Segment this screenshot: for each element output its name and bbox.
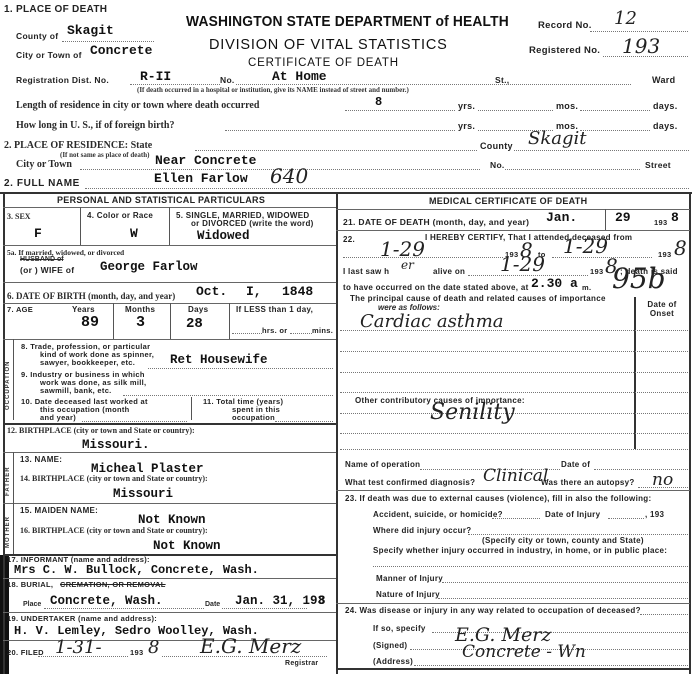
onset-divider <box>634 297 636 449</box>
cause-label-1: The principal cause of death and related… <box>350 294 606 303</box>
death-city-value: Concrete <box>90 43 152 58</box>
manner-line <box>442 582 688 583</box>
attended-to-year-prefix: 193 <box>658 250 671 259</box>
full-name-line <box>85 188 689 189</box>
nature-label: Nature of Injury <box>376 590 440 599</box>
father-name-label: 13. NAME: <box>20 455 62 464</box>
death-county-value: Skagit <box>67 23 114 38</box>
attended-to-year: 8 <box>674 236 687 260</box>
occupation-related-label: 24. Was disease or injury in any way rel… <box>345 606 641 615</box>
certificate-title: CERTIFICATE OF DEATH <box>248 57 399 69</box>
registered-no-value: 193 <box>622 34 660 58</box>
contributory-cause-value: Senility <box>430 400 515 425</box>
death-year-prefix: 193 <box>654 218 667 227</box>
signed-label: (Signed) <box>373 641 407 650</box>
record-no-line <box>590 31 688 32</box>
certify-number: 22. <box>343 235 355 244</box>
birthplace-label: 12. BIRTHPLACE (city or town and State o… <box>7 426 195 435</box>
test-label: What test confirmed diagnosis? <box>345 478 475 487</box>
registrar-label: Registrar <box>285 660 318 667</box>
residence-note: (If not same as place of death) <box>60 151 149 159</box>
trade-label-3: sawyer, bookkeeper, etc. <box>40 358 135 367</box>
hrs-label: hrs. or <box>262 326 287 335</box>
divider <box>229 303 230 339</box>
street-label: Street <box>645 160 671 170</box>
residence-months-line <box>478 110 553 111</box>
residence-days-line <box>580 110 650 111</box>
dob-day: I, <box>246 284 262 299</box>
mother-side-label: MOTHER <box>5 508 11 548</box>
death-time-value: 2.30 a <box>531 276 578 291</box>
residence-county-line <box>514 150 689 151</box>
city-of-label: City or Town of <box>16 50 82 60</box>
residence-county-label: County <box>480 141 513 151</box>
divider <box>170 303 171 339</box>
divider <box>336 209 690 210</box>
full-name-value: Ellen Farlow <box>154 171 248 186</box>
mins-label: mins. <box>312 326 333 335</box>
divider <box>336 490 690 491</box>
divider <box>3 339 336 340</box>
death-date-label: 21. DATE OF DEATH (month, day, and year) <box>343 217 529 227</box>
burial-date-value: Jan. 31, 193 <box>235 594 325 608</box>
divider <box>80 207 81 245</box>
spouse-value: George Farlow <box>100 260 198 274</box>
divider <box>13 339 14 420</box>
address-label: (Address) <box>373 657 413 666</box>
occurred-label: to have occurred on the date stated abov… <box>343 283 529 292</box>
father-birthplace-label: 14. BIRTHPLACE (city or town and State o… <box>20 474 208 483</box>
mother-maiden-label: 15. MAIDEN NAME: <box>20 506 98 515</box>
place-of-death-label: 1. PLACE OF DEATH <box>4 4 107 15</box>
mother-birthplace-label: 16. BIRTHPLACE (city or town and State o… <box>20 526 208 535</box>
cause-line-2 <box>340 351 688 352</box>
reg-dist-value: R-II <box>140 69 171 84</box>
burial-date-line <box>222 608 307 609</box>
department-title: WASHINGTON STATE DEPARTMENT of HEALTH <box>186 13 509 30</box>
occupation-side-label: OCCUPATION <box>5 350 11 410</box>
hospital-note: (If death occurred in a hospital or inst… <box>137 86 409 94</box>
dob-year: 1848 <box>282 284 313 299</box>
sex-value: F <box>34 226 42 241</box>
last-saw-pronoun: er <box>401 258 414 272</box>
personal-section-title: PERSONAL AND STATISTICAL PARTICULARS <box>57 195 265 205</box>
spouse-label-3: (or ) WIFE of <box>20 265 74 275</box>
age-days-value: 28 <box>186 316 203 332</box>
burial-year-value: 8 <box>318 594 326 608</box>
spouse-label-2: HUSBAND of <box>20 256 64 263</box>
days-label-2: days. <box>653 121 678 131</box>
cause-line-4 <box>340 392 688 393</box>
burial-label: 18. BURIAL, <box>7 580 53 589</box>
column-divider <box>336 192 338 674</box>
divider <box>605 209 606 230</box>
residence-city-label: City or Town <box>16 159 72 170</box>
death-year-value: 8 <box>671 210 679 225</box>
burial-date-label: Date <box>205 601 220 608</box>
residence-state-line <box>195 150 477 151</box>
divider <box>13 452 14 504</box>
divider <box>336 230 690 231</box>
top-box-border <box>0 192 692 194</box>
reg-dist-line <box>130 84 220 85</box>
residence-years-line <box>345 110 455 111</box>
residence-no-label: No. <box>490 160 505 170</box>
last-saw-date: 1-29 <box>500 252 545 276</box>
burial-place-label: Place <box>23 601 41 608</box>
residence-length-label: Length of residence in city or town wher… <box>16 100 259 111</box>
divider <box>169 207 170 245</box>
operation-date-line <box>594 469 688 470</box>
age-years-value: 89 <box>81 314 99 331</box>
last-worked-label-3: and year) <box>40 413 76 422</box>
attended-to-value: 1-29 <box>563 234 608 258</box>
trade-value: Ret Housewife <box>170 353 268 367</box>
age-label: 7. AGE <box>7 305 33 314</box>
sex-label: 3. SEX <box>7 212 31 221</box>
birthplace-value: Missouri. <box>82 438 150 452</box>
address-line <box>414 665 688 666</box>
where-label: Where did injury occur? <box>373 526 471 535</box>
age-months-value: 3 <box>136 314 145 331</box>
divider <box>13 503 14 554</box>
left-border <box>3 192 5 674</box>
trade-line <box>148 368 333 369</box>
hrs-line <box>232 333 262 334</box>
divider <box>3 503 336 504</box>
divider <box>3 245 336 246</box>
undertaker-label: 19. UNDERTAKER (name and address): <box>7 614 157 623</box>
occupation-related-line <box>640 614 688 615</box>
specify-line <box>373 566 688 567</box>
nature-line <box>438 598 688 599</box>
us-years-line <box>225 130 455 131</box>
autopsy-label: Was there an autopsy? <box>541 478 635 487</box>
county-of-label: County of <box>16 31 58 41</box>
where-note: (Specify city or town, county and State) <box>482 536 644 545</box>
where-line <box>468 534 688 535</box>
principal-cause-value: Cardiac asthma <box>360 311 504 332</box>
injury-date-line <box>608 518 644 519</box>
residence-years-value: 8 <box>375 95 382 109</box>
physician-address: Concrete - Wn <box>462 642 586 662</box>
foreign-birth-label: How long in U. S., if of foreign birth? <box>16 120 174 131</box>
record-no-value: 12 <box>614 8 637 29</box>
burial-place-line <box>44 608 204 609</box>
residence-city-value: Near Concrete <box>155 153 256 168</box>
divider <box>3 612 336 613</box>
death-month-value: Jan. <box>546 210 577 225</box>
ward-label: Ward <box>652 75 675 85</box>
cause-line-7 <box>340 449 688 450</box>
injury-date-label: Date of Injury <box>545 510 600 519</box>
cause-line-3 <box>340 372 688 373</box>
reg-dist-label: Registration Dist. No. <box>16 75 109 85</box>
filed-year-prefix: 193 <box>130 648 143 657</box>
bottom-border <box>336 668 690 670</box>
days-label-1: days. <box>653 101 678 111</box>
years-label: Years <box>72 305 95 314</box>
autopsy-value: no <box>652 470 673 490</box>
divider <box>3 282 336 283</box>
divider <box>3 578 336 579</box>
divider <box>113 303 114 339</box>
registrar-signature: E.G. Merz <box>200 634 301 658</box>
filed-date-value: 1-31- <box>55 637 102 658</box>
yrs-label-1: yrs. <box>458 101 475 111</box>
if-so-label: If so, specify <box>373 624 426 633</box>
total-time-line <box>275 421 333 422</box>
months-label: Months <box>125 305 155 314</box>
residence-county-value: Skagit <box>528 128 586 149</box>
last-saw-label: I last saw h <box>343 267 389 276</box>
cause-line-6 <box>340 433 688 434</box>
onset-label: Date of Onset <box>642 300 682 318</box>
county-line <box>62 41 154 42</box>
death-location-value: At Home <box>272 69 327 84</box>
record-no-label: Record No. <box>538 20 592 31</box>
days-label: Days <box>188 305 208 314</box>
division-title: DIVISION OF VITAL STATISTICS <box>209 37 448 53</box>
accident-label: Accident, suicide, or homicide? <box>373 510 503 519</box>
residence-no-line <box>505 169 640 170</box>
death-day-value: 29 <box>615 210 631 225</box>
manner-label: Manner of Injury <box>376 574 443 583</box>
mos-label-1: mos. <box>556 101 578 111</box>
father-side-label: FATHER <box>5 460 11 496</box>
us-days-line <box>580 130 650 131</box>
last-worked-line <box>82 421 187 422</box>
full-name-annotation: 640 <box>270 164 308 188</box>
divider <box>3 423 336 425</box>
divider <box>336 603 690 604</box>
marital-label-2: or DIVORCED (write the word) <box>191 219 314 228</box>
accident-line <box>492 518 540 519</box>
operation-date-label: Date of <box>561 460 590 469</box>
alive-on-label: alive on <box>433 267 465 276</box>
filed-year-value: 8 <box>148 637 159 658</box>
divider <box>3 452 336 453</box>
total-time-label-3: occupation <box>232 413 275 422</box>
father-birthplace-value: Missouri <box>113 487 173 501</box>
burial-struck-options: CREMATION, OR REMOVAL <box>60 580 166 589</box>
right-border <box>689 192 691 674</box>
external-causes-label: 23. If death was due to external causes … <box>345 494 651 503</box>
st-label: St., <box>495 75 509 85</box>
burial-place-value: Concrete, Wash. <box>50 594 163 608</box>
dob-label: 6. DATE OF BIRTH (month, day, and year) <box>7 291 175 301</box>
time-annotation: 95b <box>612 262 666 295</box>
race-label: 4. Color or Race <box>87 211 153 220</box>
yrs-label-2: yrs. <box>458 121 475 131</box>
full-name-label: 2. FULL NAME <box>4 178 80 189</box>
specify-label: Specify whether injury occurred in indus… <box>373 546 667 555</box>
test-value: Clinical <box>483 466 548 486</box>
injury-year-prefix: , 193 <box>645 510 664 519</box>
industry-label-3: sawmill, bank, etc. <box>40 386 112 395</box>
mother-birthplace-value: Not Known <box>153 539 221 553</box>
dob-month: Oct. <box>196 284 227 299</box>
mins-line <box>290 333 312 334</box>
divider <box>191 397 192 420</box>
medical-section-title: MEDICAL CERTIFICATE OF DEATH <box>429 196 587 206</box>
less-than-day-label: If LESS than 1 day, <box>236 305 313 314</box>
industry-line <box>123 395 333 396</box>
race-value: W <box>130 226 138 241</box>
residence-state-label: 2. PLACE OF RESIDENCE: State <box>4 140 152 151</box>
no-line <box>236 84 631 85</box>
registered-no-label: Registered No. <box>529 45 600 56</box>
operation-label: Name of operation <box>345 460 420 469</box>
no-label: No. <box>220 75 235 85</box>
m-label: m. <box>582 283 591 292</box>
last-saw-year-prefix: 193 <box>590 267 603 276</box>
informant-value: Mrs C. W. Bullock, Concrete, Wash. <box>14 563 259 577</box>
mother-maiden-value: Not Known <box>138 513 206 527</box>
marital-value: Widowed <box>197 229 250 243</box>
